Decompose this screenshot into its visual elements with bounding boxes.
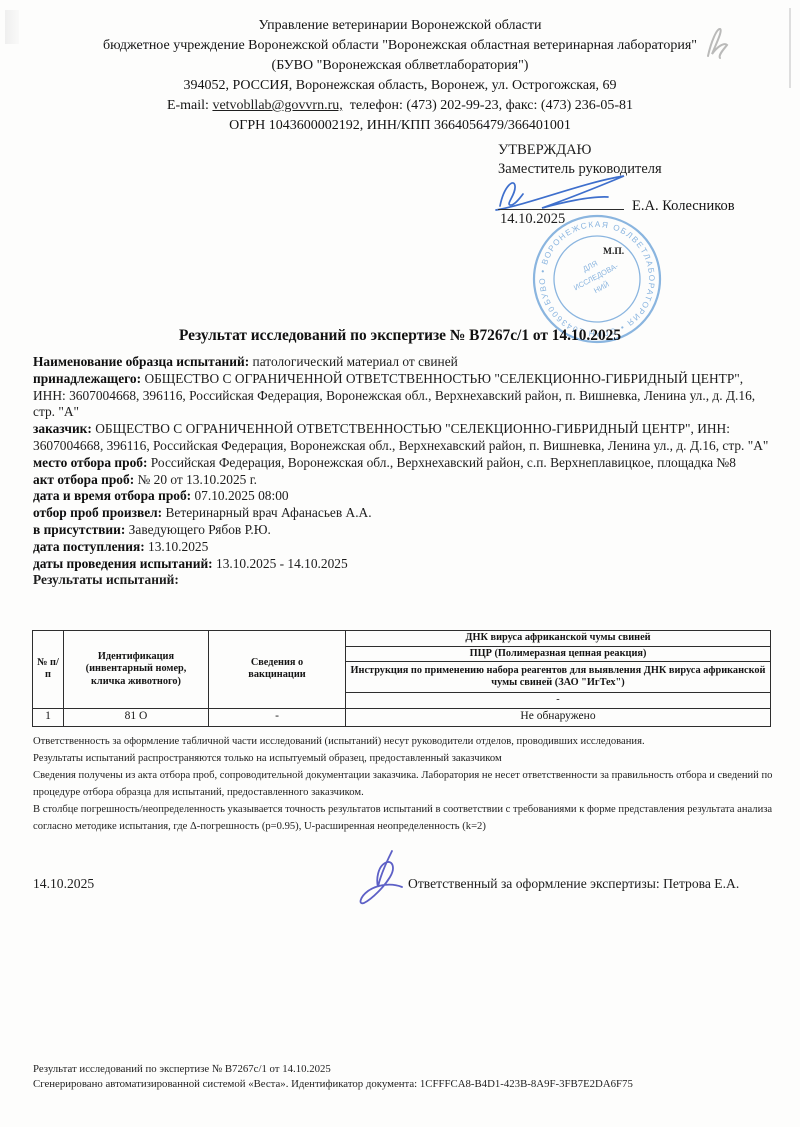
field-value: патологический материал от свиней: [253, 354, 458, 369]
signature-line: [498, 196, 624, 210]
cell-num: 1: [33, 708, 64, 726]
note-line: Ответственность за оформление табличной …: [33, 733, 781, 750]
field-value: ОБЩЕСТВО С ОГРАНИЧЕННОЙ ОТВЕТСТВЕННОСТЬЮ…: [33, 421, 768, 453]
approve-word: УТВЕРЖДАЮ: [498, 141, 788, 160]
org-ogrn-inn: ОГРН 1043600002192, ИНН/КПП 3664056479/3…: [0, 116, 800, 136]
col-header-identification: Идентификация (инвентарный номер, кличка…: [64, 631, 209, 709]
field-line: место отбора проб: Российская Федерация,…: [33, 455, 771, 472]
cell-result: Не обнаружено: [346, 708, 771, 726]
footer-expertise-ref: Результат исследований по экспертизе № В…: [33, 1062, 773, 1077]
signoff-date: 14.10.2025: [33, 876, 94, 892]
results-table: № п/п Идентификация (инвентарный номер, …: [32, 630, 771, 727]
org-address: 394052, РОССИЯ, Воронежская область, Вор…: [0, 76, 800, 96]
note-line: Сведения получены из акта отбора проб, с…: [33, 767, 781, 801]
org-name-full: бюджетное учреждение Воронежской области…: [0, 36, 800, 56]
results-heading: Результаты испытаний:: [33, 572, 771, 589]
field-line: дата и время отбора проб: 07.10.2025 08:…: [33, 488, 771, 505]
table-row: 1 81 О - Не обнаружено: [33, 708, 771, 726]
cell-vaccination: -: [209, 708, 346, 726]
note-line: В столбце погрешность/неопределенность у…: [33, 801, 781, 835]
email-value: vetvobllab@govvrn.ru,: [212, 98, 342, 113]
field-value: 07.10.2025 08:00: [194, 488, 288, 503]
org-name-short: (БУВО "Воронежская облветлаборатория"): [0, 56, 800, 76]
field-label: дата и время отбора проб:: [33, 488, 191, 503]
sample-info: Наименование образца испытаний: патологи…: [33, 354, 771, 589]
document-title: Результат исследований по экспертизе № В…: [0, 327, 800, 345]
email-label: E-mail:: [167, 98, 209, 113]
document-page: Управление ветеринарии Воронежской облас…: [0, 0, 800, 1127]
field-label: принадлежащего:: [33, 371, 141, 386]
col-header-num: № п/п: [33, 631, 64, 709]
test-disease: ДНК вируса африканской чумы свиней: [346, 631, 771, 647]
field-label: Наименование образца испытаний:: [33, 354, 249, 369]
table-header-row: № п/п Идентификация (инвентарный номер, …: [33, 631, 771, 647]
field-line: акт отбора проб: № 20 от 13.10.2025 г.: [33, 472, 771, 489]
field-line: Наименование образца испытаний: патологи…: [33, 354, 771, 371]
field-line: принадлежащего: ОБЩЕСТВО С ОГРАНИЧЕННОЙ …: [33, 371, 771, 421]
phone-fax: телефон: (473) 202-99-23, факс: (473) 23…: [350, 98, 633, 113]
field-label: акт отбора проб:: [33, 472, 134, 487]
org-contacts: E-mail: vetvobllab@govvrn.ru, телефон: (…: [0, 96, 800, 116]
field-label: заказчик:: [33, 421, 92, 436]
letterhead: Управление ветеринарии Воронежской облас…: [0, 16, 800, 136]
field-line: отбор проб произвел: Ветеринарный врач А…: [33, 505, 771, 522]
field-value: № 20 от 13.10.2025 г.: [138, 472, 258, 487]
mp-seal-mark: М.П.: [603, 247, 624, 257]
field-line: в присутствии: Заведующего Рябов Р.Ю.: [33, 522, 771, 539]
field-value: ОБЩЕСТВО С ОГРАНИЧЕННОЙ ОТВЕТСТВЕННОСТЬЮ…: [33, 371, 755, 420]
field-value: Заведующего Рябов Р.Ю.: [129, 522, 271, 537]
org-authority: Управление ветеринарии Воронежской облас…: [0, 16, 800, 36]
field-value: 13.10.2025 - 14.10.2025: [216, 556, 348, 571]
field-label: место отбора проб:: [33, 455, 147, 470]
field-value: Ветеринарный врач Афанасьев А.А.: [165, 505, 371, 520]
field-value: 13.10.2025: [148, 539, 208, 554]
field-value: Российская Федерация, Воронежская обл., …: [151, 455, 736, 470]
field-line: дата поступления: 13.10.2025: [33, 539, 771, 556]
field-label: даты проведения испытаний:: [33, 556, 213, 571]
responsible-signature: [352, 843, 414, 911]
field-line: даты проведения испытаний: 13.10.2025 - …: [33, 556, 771, 573]
test-method: ПЦР (Полимеразная цепная реакция): [346, 647, 771, 662]
notes-block: Ответственность за оформление табличной …: [33, 733, 781, 835]
col-header-vaccination: Сведения о вакцинации: [209, 631, 346, 709]
field-label: дата поступления:: [33, 539, 145, 554]
field-line: заказчик: ОБЩЕСТВО С ОГРАНИЧЕННОЙ ОТВЕТС…: [33, 421, 771, 455]
footer-generated-by: Сгенерировано автоматизированной системо…: [33, 1077, 773, 1092]
test-instruction: Инструкция по применению набора реагенто…: [346, 662, 771, 693]
test-uncertainty: -: [346, 693, 771, 708]
cell-identification: 81 О: [64, 708, 209, 726]
field-label: отбор проб произвел:: [33, 505, 162, 520]
note-line: Результаты испытаний распространяются то…: [33, 750, 781, 767]
signoff-label: Ответственный за оформление экспертизы: …: [408, 876, 739, 892]
document-footer: Результат исследований по экспертизе № В…: [33, 1062, 773, 1091]
field-label: в присутствии:: [33, 522, 125, 537]
